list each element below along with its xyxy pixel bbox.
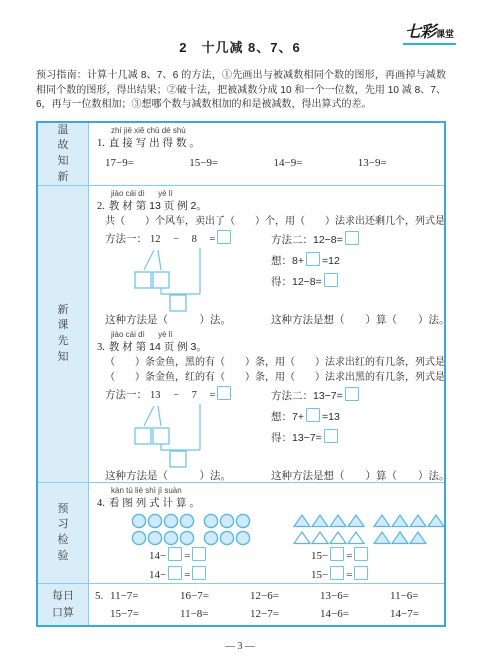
circle-shape (219, 530, 235, 546)
method-one-equation: 12 − 8 = (150, 234, 215, 245)
method-two-block: 方法二：13−7= 想：7+=13 得：13−7= (271, 386, 361, 468)
answer-box (345, 387, 359, 401)
triangle-shape (373, 530, 391, 545)
answer-box (192, 547, 206, 561)
circles-problem: 14−= 14−= (131, 513, 279, 583)
oral-equations-row: 5. 11−7= 16−7= 12−6= 13−6= 11−6= (95, 587, 442, 605)
section-new-lesson: 新课先知 jiào cái dì yè lì 2.教 材 第 13 页 例 2。… (38, 185, 444, 482)
preview-guide-paragraph: 预习指南：计算十几减 8、7、6 的方法，①先画出与被减数相同个数的图形，再画掉… (36, 69, 446, 113)
triangle-shape (347, 513, 365, 528)
method-summary-ex2: 这种方法是（ ）法。 这种方法是想（ ）算（ ）法。 (105, 312, 442, 328)
answer-box (306, 252, 320, 266)
section-label-text: 预习检验 (57, 502, 70, 564)
triangle-shape (409, 513, 427, 528)
answer-box (153, 272, 169, 288)
decomposition-diagram (105, 404, 271, 468)
shape-group (131, 530, 195, 548)
triangle-shape (329, 513, 347, 528)
triangles-problem: 15−= 15−= (293, 513, 444, 583)
triangle-shape (293, 513, 311, 528)
page-title: 2 十几减 8、7、6 (0, 37, 480, 56)
triangle-shape (373, 513, 391, 528)
method-summary-ex3: 这种方法是（ ）法。 这种方法是想（ ）算（ ）法。 (105, 468, 442, 482)
shape-group (373, 513, 444, 531)
answer-box (135, 272, 151, 288)
answer-box (330, 566, 344, 580)
answer-box (330, 547, 344, 561)
problem-title: 看 图 列 式 计 算 。 (109, 497, 200, 509)
problem-title: 教 材 第 14 页 例 3。 (109, 341, 207, 353)
answer-box (324, 273, 338, 287)
summary-right: 这种方法是想（ ）算（ ）法。 (271, 468, 444, 482)
answer-box (192, 566, 206, 580)
get-line: 得：13−7= (271, 428, 361, 449)
equation-row: 17−9= 15−9= 14−9= 13−9= (105, 157, 442, 169)
method-one-block: 方法一：13 − 7 = (105, 386, 271, 468)
equation: 11−7= (110, 587, 180, 605)
decomposition-diagram (105, 248, 271, 312)
equation: 13−6= (320, 587, 390, 605)
equation: 17−9= (105, 157, 189, 169)
shape-group (293, 513, 365, 531)
triangle-shape (409, 530, 427, 545)
triangle-shape (391, 513, 409, 528)
fill-blank-line: 共（ ）个风车，卖出了（ ）个，用（ ）法求出还剩几个，列式是（ ）。 (105, 214, 442, 229)
equation: 12−7= (250, 605, 320, 623)
problem-title: 教 材 第 13 页 例 2。 (109, 200, 207, 212)
answer-box (153, 428, 169, 444)
summary-left: 这种方法是（ ）法。 (105, 468, 271, 482)
triangles-figure (293, 513, 444, 547)
problem-number: 3. (97, 342, 105, 353)
circle-shape (203, 513, 219, 529)
equation: 15−7= (110, 605, 180, 623)
methods-ex3: 方法一：13 − 7 = 方法二：13−7= (105, 386, 442, 468)
fill-blank-line: （ ）条金鱼，黑的有（ ）条，用（ ）法求出红的有几条，列式是（ ）。 (105, 355, 442, 370)
problem-number: 5. (95, 587, 110, 605)
triangle-shape (311, 513, 329, 528)
section-daily-oral: 每日口算 5. 11−7= 16−7= 12−6= 13−6= 11−6= 15… (38, 583, 444, 625)
section-preview-content: kàn tú liè shì jì suàn 4.看 图 列 式 计 算 。 1… (89, 483, 444, 583)
fill-blank-line: （ ）条金鱼，红的有（ ）条，用（ ）法求出黑的有几条，列式是（ ）。 (105, 370, 442, 385)
problem-number: 4. (97, 498, 105, 509)
method-one-line: 方法一：12 − 8 = (105, 230, 271, 247)
triangle-shape (347, 530, 365, 545)
problem-4-heading: 4.看 图 列 式 计 算 。 (95, 496, 442, 511)
method-one-block: 方法一：12 − 8 = (105, 230, 271, 312)
shape-row (131, 530, 279, 547)
method-two-block: 方法二：12−8= 想：8+=12 得：12−8= (271, 230, 361, 312)
equation: 16−7= (180, 587, 250, 605)
think-line: 想：8+=12 (271, 251, 361, 272)
circle-shape (179, 530, 195, 546)
section-label-review: 温故知新 (38, 123, 89, 185)
method-one-label: 方法一： (105, 233, 147, 245)
circle-shape (131, 513, 147, 529)
methods-ex2: 方法一：12 − 8 = 方法二：12−8= (105, 230, 442, 312)
triangle-shape (293, 530, 311, 545)
equation: 14−7= (390, 605, 444, 623)
section-label-preview-check: 预习检验 (38, 483, 89, 583)
answer-box (168, 566, 182, 580)
equation: 11−6= (390, 587, 444, 605)
answer-box (354, 547, 368, 561)
equation: 13−9= (358, 157, 442, 169)
section-label-text: 温故知新 (57, 123, 70, 185)
worksheet-page: 七彩课堂 2 十几减 8、7、6 预习指南：计算十几减 8、7、6 的方法，①先… (0, 0, 480, 658)
triangle-shape (391, 530, 409, 545)
section-preview-check: 预习检验 kàn tú liè shì jì suàn 4.看 图 列 式 计 … (38, 482, 444, 583)
circle-shape (235, 513, 251, 529)
method-one-line: 方法一：13 − 7 = (105, 386, 271, 403)
method-one-label: 方法一： (105, 389, 147, 401)
circle-shape (203, 530, 219, 546)
triangle-shape (311, 530, 329, 545)
answer-box (345, 231, 359, 245)
problem-2-heading: 2.教 材 第 13 页 例 2。 (95, 199, 442, 214)
summary-right: 这种方法是想（ ）算（ ）法。 (271, 312, 444, 328)
shape-group (203, 530, 251, 548)
circles-figure (131, 513, 279, 547)
answer-box (168, 547, 182, 561)
summary-left: 这种方法是（ ）法。 (105, 312, 271, 328)
answer-box (306, 408, 320, 422)
pinyin-annotation: jiào cái dì yè lì (111, 330, 442, 340)
picture-equation: 14−= (149, 566, 279, 583)
section-daily-content: 5. 11−7= 16−7= 12−6= 13−6= 11−6= 15−7= 1… (89, 584, 444, 625)
answer-box (354, 566, 368, 580)
shape-row (131, 513, 279, 530)
method-one-equation: 13 − 7 = (150, 390, 215, 401)
section-new-lesson-content: jiào cái dì yè lì 2.教 材 第 13 页 例 2。 共（ ）… (89, 186, 444, 482)
section-review-content: zhí jiē xiě chū dé shù 1.直 接 写 出 得 数 。 1… (89, 123, 444, 185)
problem-number: 2. (97, 201, 105, 212)
circle-shape (235, 530, 251, 546)
problem-number: 1. (97, 138, 105, 149)
answer-box (217, 386, 231, 400)
answer-box (217, 230, 231, 244)
picture-problems: 14−= 14−= 15−= 15−= (131, 513, 442, 583)
pinyin-annotation: zhí jiē xiě chū dé shù (111, 126, 442, 136)
pinyin-annotation: jiào cái dì yè lì (111, 189, 442, 199)
triangle-shape (329, 530, 347, 545)
answer-box (170, 451, 186, 467)
worksheet-table: 温故知新 zhí jiē xiě chū dé shù 1.直 接 写 出 得 … (36, 121, 446, 627)
shape-row (293, 513, 444, 530)
equation: 14−6= (320, 605, 390, 623)
circle-shape (163, 513, 179, 529)
page-number: — 3 — (0, 641, 480, 652)
answer-box (324, 429, 338, 443)
triangle-shape (427, 513, 444, 528)
section-label-new-lesson: 新课先知 (38, 186, 89, 482)
picture-equation: 15−= (311, 566, 444, 583)
section-label-text: 每日口算 (50, 588, 75, 621)
equation: 12−6= (250, 587, 320, 605)
circle-shape (131, 530, 147, 546)
shape-group (131, 513, 195, 531)
section-label-daily-oral: 每日口算 (38, 584, 89, 625)
problem-1-heading: 1.直 接 写 出 得 数 。 (95, 136, 442, 151)
equation: 15−9= (189, 157, 273, 169)
equation: 14−9= (274, 157, 358, 169)
answer-box (135, 428, 151, 444)
answer-box (170, 295, 186, 311)
section-label-text: 新课先知 (57, 303, 70, 365)
circle-shape (163, 530, 179, 546)
method-two-line: 方法二：12−8= (271, 230, 361, 251)
think-line: 想：7+=13 (271, 407, 361, 428)
equation: 11−8= (180, 605, 250, 623)
circle-shape (179, 513, 195, 529)
circle-shape (147, 530, 163, 546)
shape-group (203, 513, 251, 531)
shape-group (293, 530, 365, 548)
problem-title: 直 接 写 出 得 数 。 (109, 137, 200, 149)
pinyin-annotation: kàn tú liè shì jì suàn (111, 486, 442, 496)
circle-shape (219, 513, 235, 529)
get-line: 得：12−8= (271, 272, 361, 293)
picture-equation: 14−= (149, 547, 279, 566)
section-review: 温故知新 zhí jiē xiě chū dé shù 1.直 接 写 出 得 … (38, 123, 444, 185)
shape-row (293, 530, 444, 547)
oral-equations-row: 15−7= 11−8= 12−7= 14−6= 14−7= (95, 605, 442, 623)
picture-equation: 15−= (311, 547, 444, 566)
method-two-line: 方法二：13−7= (271, 386, 361, 407)
problem-3-heading: 3.教 材 第 14 页 例 3。 (95, 340, 442, 355)
shape-group (373, 530, 427, 548)
circle-shape (147, 513, 163, 529)
